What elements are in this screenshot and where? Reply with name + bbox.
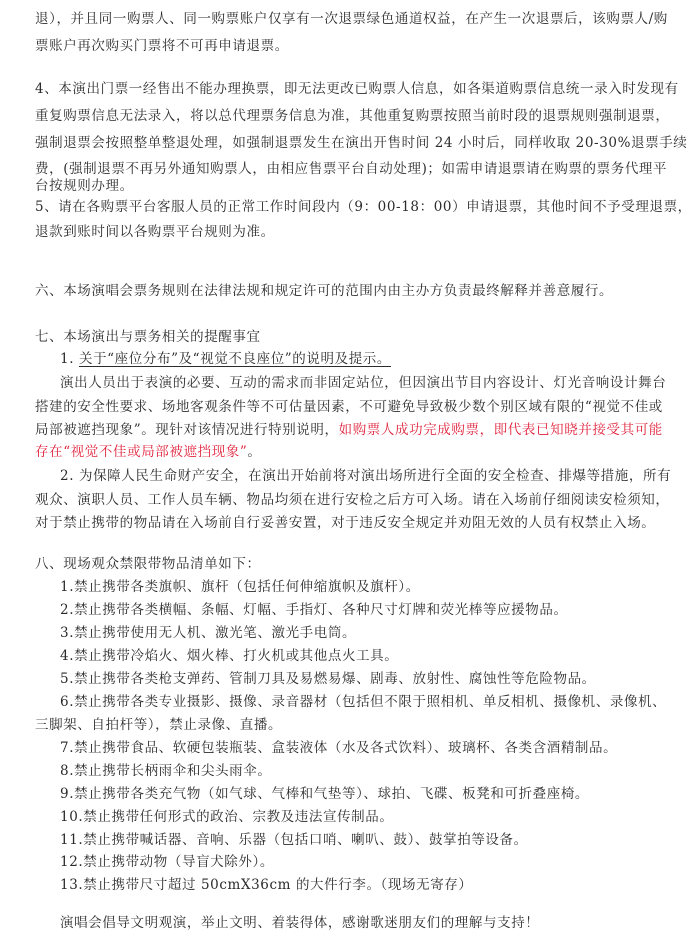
intro-line-1: 退），并且同一购票人、同一购票账户仅享有一次退票绿色通道权益，在产生一次退票后，…: [35, 10, 668, 28]
banned-item-1: 1.禁止携带各类旗帜、旗杆（包括任何伸缩旗帜及旗杆）。: [60, 578, 420, 596]
item1-line-3-red-notice: 如购票人成功完成购票，即代表已知晓并接受其可能: [339, 422, 663, 438]
document-page: 退），并且同一购票人、同一购票账户仅享有一次退票绿色通道权益，在产生一次退票后，…: [0, 0, 694, 942]
banned-item-3: 3.禁止携带使用无人机、激光笔、激光手电筒。: [60, 624, 356, 642]
banned-item-7: 7.禁止携带食品、软硬包装瓶装、盒装液体（水及各式饮料）、玻璃杯、各类含酒精制品…: [60, 739, 617, 757]
item1-line-4-red-notice: 存在“视觉不佳或局部被遮挡现象”: [35, 444, 247, 460]
rule4-line-1: 4、本演出门票一经售出不能办理换票，即无法更改已购票人信息，如各渠道购票信息统一…: [35, 80, 679, 98]
banned-item-10: 10.禁止携带任何形式的政治、宗教及违法宣传制品。: [60, 808, 393, 826]
banned-item-8: 8.禁止携带长柄雨伞和尖头雨伞。: [60, 762, 271, 780]
banned-item-4: 4.禁止携带冷焰火、烟火棒、打火机或其他点火工具。: [60, 647, 398, 665]
rule4-line-2: 重复购票信息无法录入，将以总代理票务信息为准，其他重复购票按照当前时段的退票规则…: [35, 107, 670, 125]
item1-number: 1.: [60, 351, 79, 367]
item2-line-1: 2. 为保障人民生命财产安全，在演出开始前将对演出场所进行全面的安全检查、排爆等…: [60, 467, 671, 485]
banned-item-6-continued: 三脚架、自拍杆等），禁止录像、直播。: [35, 716, 282, 734]
rule5-line-1: 5、请在各购票平台客服人员的正常工作时间段内（9：00-18：00）申请退票，其…: [35, 198, 692, 216]
item1-line-3: 局部被遮挡现象”。现针对该情况进行特别说明，如购票人成功完成购票，即代表已知晓并…: [35, 421, 663, 439]
banned-item-5: 5.禁止携带各类枪支弹药、管制刀具及易燃易爆、剧毒、放射性、腐蚀性等危险物品。: [60, 670, 596, 688]
banned-item-12: 12.禁止携带动物（导盲犬除外）。: [60, 853, 274, 871]
banned-item-6: 6.禁止携带各类专业摄影、摄像、录音器材（包括但不限于照相机、单反相机、摄像机、…: [60, 693, 666, 711]
section6-text: 六、本场演唱会票务规则在法律法规和规定许可的范围内由主办方负责最终解释并善意履行…: [35, 282, 613, 300]
item2-line-2: 观众、演职人员、工作人员车辆、物品均须在进行安检之后方可入场。请在入场前仔细阅读…: [35, 491, 670, 509]
item1-line-1: 演出人员出于表演的必要、互动的需求而非固定站位，但因演出节目内容设计、灯光音响设…: [60, 374, 666, 392]
item1-line-2: 搭建的安全性要求、场地客观条件等不可估量因素，不可避免导致极少数个别区域有限的“…: [35, 398, 663, 416]
item1-line-4-normal: 。: [247, 444, 261, 460]
rule4-line-5: 台按规则办理。: [35, 177, 134, 195]
banned-item-9: 9.禁止携带各类充气物（如气球、气棒和气垫等）、球拍、飞碟、板凳和可折叠座椅。: [60, 785, 589, 803]
rule4-line-3: 强制退票会按照整单整退处理，如强制退票发生在演出开售时间 24 小时后，同样收取…: [35, 134, 687, 152]
rule5-line-2: 退款到账时间以各购票平台规则为准。: [35, 223, 275, 241]
item2-line-3: 对于禁止携带的物品请在入场前自行妥善安置，对于违反安全规定并劝阻无效的人员有权禁…: [35, 514, 655, 532]
item1-line-3-normal: 局部被遮挡现象”。现针对该情况进行特别说明，: [35, 422, 339, 438]
section8-heading: 八、现场观众禁限带物品清单如下：: [35, 555, 261, 573]
section7-heading: 七、本场演出与票务相关的提醒事宜: [35, 328, 261, 346]
banned-item-11: 11.禁止携带喊话器、音响、乐器（包括口哨、喇叭、鼓）、鼓掌拍等设备。: [60, 831, 528, 849]
section7-item1-title: 1. 关于“座位分布”及“视觉不良座位”的说明及提示。: [60, 350, 391, 368]
closing-statement: 演唱会倡导文明观演，举止文明、着装得体，感谢歌迷朋友们的理解与支持！: [60, 914, 539, 932]
rule4-line-4: 费，(强制退票不再另外通知购票人，由相应售票平台自动处理)；如需申请退票请在购票…: [35, 160, 667, 178]
banned-item-2: 2.禁止携带各类横幅、条幅、灯幅、手指灯、各种尺寸灯牌和荧光棒等应援物品。: [60, 601, 568, 619]
item1-underlined-title: 关于“座位分布”及“视觉不良座位”的说明及提示。: [79, 351, 391, 367]
item1-line-4: 存在“视觉不佳或局部被遮挡现象”。: [35, 443, 262, 461]
banned-item-13: 13.禁止携带尺寸超过 50cmX36cm 的大件行李。（现场无寄存）: [60, 876, 473, 894]
intro-line-2: 票账户再次购买门票将不可再申请退票。: [35, 37, 289, 55]
